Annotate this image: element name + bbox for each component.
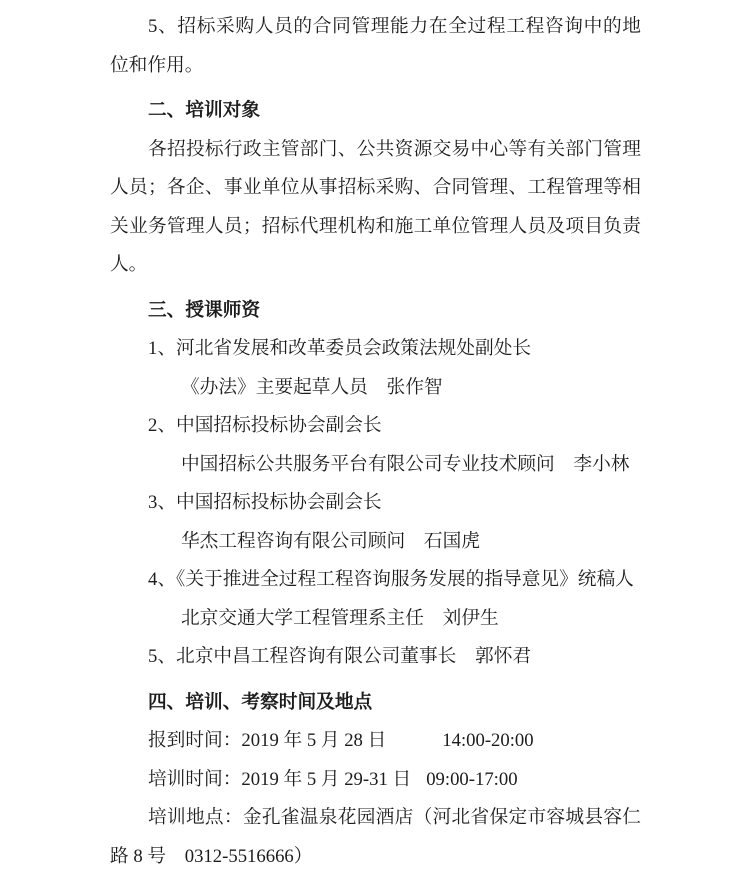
heading-instructors: 三、授课师资: [110, 292, 641, 331]
instructor-4-title: 4、《关于推进全过程工程咨询服务发展的指导意见》统稿人: [110, 561, 641, 600]
training-time-label: 培训时间：2019 年 5 月 29-31 日: [148, 769, 411, 790]
agenda-item-5: 5、招标采购人员的合同管理能力在全过程工程咨询中的地位和作用。: [110, 8, 641, 85]
instructor-4-person: 北京交通大学工程管理系主任 刘伊生: [110, 600, 641, 639]
instructor-3-title: 3、中国招标投标协会副会长: [110, 484, 641, 523]
checkin-time-label: 报到时间：2019 年 5 月 28 日: [148, 730, 386, 751]
heading-schedule: 四、培训、考察时间及地点: [110, 684, 641, 723]
checkin-time-row: 报到时间：2019 年 5 月 28 日14:00-20:00: [110, 722, 641, 761]
training-audience-text: 各招投标行政主管部门、公共资源交易中心等有关部门管理人员；各企、事业单位从事招标…: [110, 131, 641, 285]
document-page: 5、招标采购人员的合同管理能力在全过程工程咨询中的地位和作用。 二、培训对象 各…: [0, 0, 744, 872]
checkin-time-value: 14:00-20:00: [442, 730, 533, 751]
instructor-3-person: 华杰工程咨询有限公司顾问 石国虎: [110, 523, 641, 562]
heading-training-audience: 二、培训对象: [110, 92, 641, 131]
instructor-5-title: 5、北京中昌工程咨询有限公司董事长 郭怀君: [110, 638, 641, 677]
instructor-2-title: 2、中国招标投标协会副会长: [110, 407, 641, 446]
instructor-2-person: 中国招标公共服务平台有限公司专业技术顾问 李小林: [110, 446, 641, 485]
instructor-1-person: 《办法》主要起草人员 张作智: [110, 369, 641, 408]
training-time-value: 09:00-17:00: [426, 769, 517, 790]
instructor-1-title: 1、河北省发展和改革委员会政策法规处副处长: [110, 330, 641, 369]
training-time-row: 培训时间：2019 年 5 月 29-31 日09:00-17:00: [110, 761, 641, 800]
training-location-line: 培训地点：金孔雀温泉花园酒店（河北省保定市容城县容仁路 8 号 0312-551…: [110, 799, 641, 872]
